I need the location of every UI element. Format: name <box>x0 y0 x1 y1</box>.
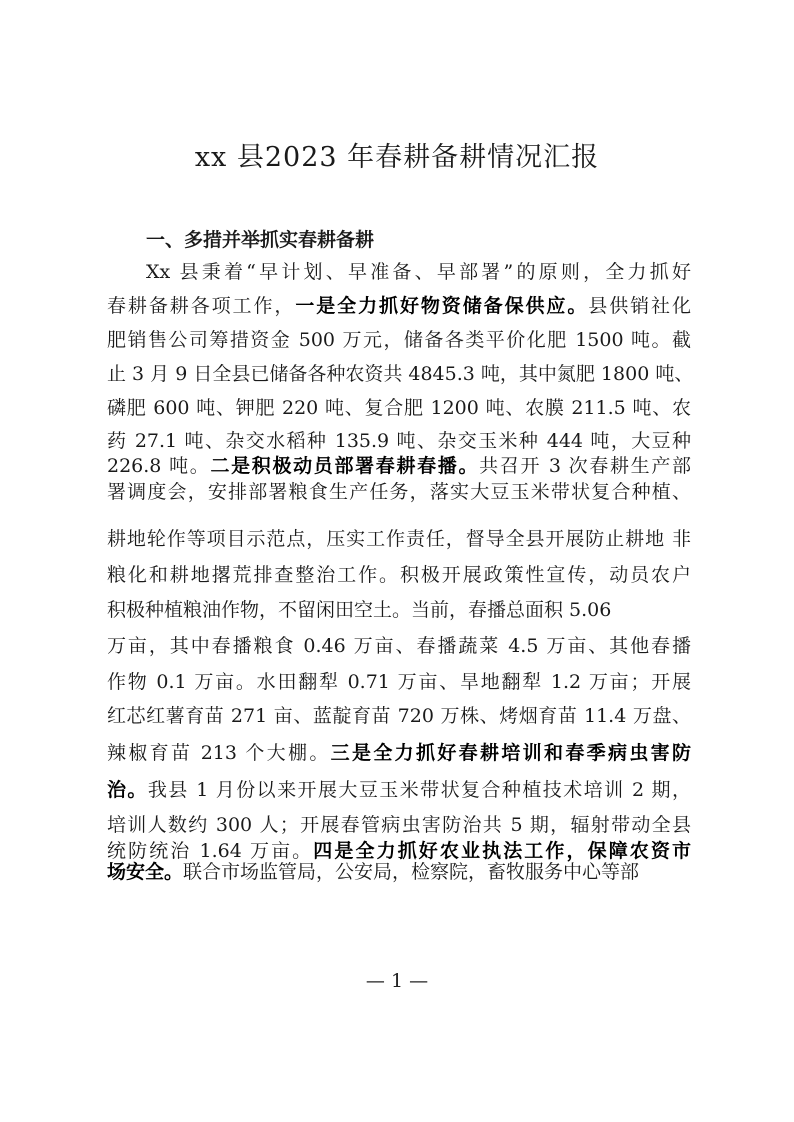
document-title: xx 县2023 年春耕备耕情况汇报 <box>0 140 794 176</box>
paragraph-line: 场安全。联合市场监管局，公安局，检察院，畜牧服务中心等部 <box>107 859 691 885</box>
text-segment: 共召开 3 次春耕生产部 <box>479 455 691 477</box>
paragraph-line: 辣椒育苗 213 个大棚。三是全力抓好春耕培训和春季病虫害防 <box>107 740 691 766</box>
text-segment: 作物 0.1 万亩。水田翻犁 0.71 万亩、旱地翻犁 1.2 万亩；开展 <box>107 671 691 693</box>
bold-key-point: 治。 <box>107 779 148 801</box>
paragraph-line: 粮化和耕地撂荒排查整治工作。积极开展政策性宣传，动员农户 <box>107 562 691 588</box>
section-heading: 一、多措并举抓实春耕备耕 <box>146 226 374 254</box>
paragraph-line: 磷肥 600 吨、钾肥 220 吨、复合肥 1200 吨、农膜 211.5 吨、… <box>107 395 691 421</box>
text-segment: 止 3 月 9 日全县已储备各种农资共 4845.3 吨，其中氮肥 1800 吨… <box>107 363 693 385</box>
paragraph-line: 226.8 吨。二是积极动员部署春耕春播。共召开 3 次春耕生产部 <box>107 453 691 479</box>
paragraph-line: 署调度会，安排部署粮食生产任务，落实大豆玉米带状复合种植、 <box>107 479 691 505</box>
text-segment: 我县 1 月份以来开展大豆玉米带状复合种植技术培训 2 期， <box>148 779 691 801</box>
text-segment: 红芯红薯育苗 271 亩、蓝靛育苗 720 万株、烤烟育苗 11.4 万盘、 <box>107 705 691 727</box>
text-segment: 磷肥 600 吨、钾肥 220 吨、复合肥 1200 吨、农膜 211.5 吨、… <box>107 397 691 419</box>
paragraph-line: 耕地轮作等项目示范点，压实工作责任，督导全县开展防止耕地 非 <box>107 526 691 552</box>
text-segment: 肥销售公司筹措资金 500 万元，储备各类平价化肥 1500 吨。截 <box>107 329 691 351</box>
text-segment: 万亩，其中春播粮食 0.46 万亩、春播蔬菜 4.5 万亩、其他春播 <box>107 635 691 657</box>
bold-key-point: 场安全。 <box>107 861 183 883</box>
bold-key-point: 三是全力抓好春耕培训和春季病虫害防 <box>331 742 691 764</box>
text-segment: 药 27.1 吨、杂交水稻种 135.9 吨、杂交玉米种 444 吨，大豆种 <box>107 430 691 452</box>
paragraph-line: 肥销售公司筹措资金 500 万元，储备各类平价化肥 1500 吨。截 <box>107 327 691 353</box>
paragraph-line: 止 3 月 9 日全县已储备各种农资共 4845.3 吨，其中氮肥 1800 吨… <box>107 361 691 387</box>
text-segment: 县供销社化 <box>588 295 691 317</box>
text-segment: 226.8 吨。 <box>107 455 210 477</box>
text-segment: 署调度会，安排部署粮食生产任务，落实大豆玉米带状复合种植、 <box>107 481 691 503</box>
paragraph-line: 春耕备耕各项工作，一是全力抓好物资储备保供应。县供销社化 <box>107 293 691 319</box>
paragraph-line: 治。我县 1 月份以来开展大豆玉米带状复合种植技术培训 2 期， <box>107 777 691 803</box>
bold-key-point: 二是积极动员部署春耕春播。 <box>210 455 479 477</box>
text-segment: 积极种植粮油作物，不留闲田空土。当前，春播总面积 5.06 <box>107 599 611 621</box>
text-segment: Xx 县秉着“早计划、早准备、早部署”的原则，全力抓好 <box>146 261 691 283</box>
paragraph-line: 培训人数约 300 人；开展春管病虫害防治共 5 期，辐射带动全县 <box>107 812 691 838</box>
text-segment: 培训人数约 300 人；开展春管病虫害防治共 5 期，辐射带动全县 <box>107 814 691 836</box>
text-segment: 辣椒育苗 213 个大棚。 <box>107 742 331 764</box>
text-segment: 耕地轮作等项目示范点，压实工作责任，督导全县开展防止耕地 非 <box>107 528 691 550</box>
paragraph-line: 药 27.1 吨、杂交水稻种 135.9 吨、杂交玉米种 444 吨，大豆种 <box>107 428 691 454</box>
page-number: — 1 — <box>0 968 794 994</box>
document-page: xx 县2023 年春耕备耕情况汇报 一、多措并举抓实春耕备耕 Xx 县秉着“早… <box>0 0 794 1122</box>
paragraph-line: 积极种植粮油作物，不留闲田空土。当前，春播总面积 5.06 <box>107 597 691 623</box>
paragraph-line: Xx 县秉着“早计划、早准备、早部署”的原则，全力抓好 <box>146 259 691 285</box>
paragraph-line: 万亩，其中春播粮食 0.46 万亩、春播蔬菜 4.5 万亩、其他春播 <box>107 633 691 659</box>
text-segment: 粮化和耕地撂荒排查整治工作。积极开展政策性宣传，动员农户 <box>107 564 691 586</box>
text-segment: 春耕备耕各项工作， <box>107 295 295 317</box>
text-segment: 联合市场监管局，公安局，检察院，畜牧服务中心等部 <box>183 861 639 883</box>
bold-key-point: 一是全力抓好物资储备保供应。 <box>295 295 588 317</box>
paragraph-line: 作物 0.1 万亩。水田翻犁 0.71 万亩、旱地翻犁 1.2 万亩；开展 <box>107 669 691 695</box>
paragraph-line: 红芯红薯育苗 271 亩、蓝靛育苗 720 万株、烤烟育苗 11.4 万盘、 <box>107 703 691 729</box>
